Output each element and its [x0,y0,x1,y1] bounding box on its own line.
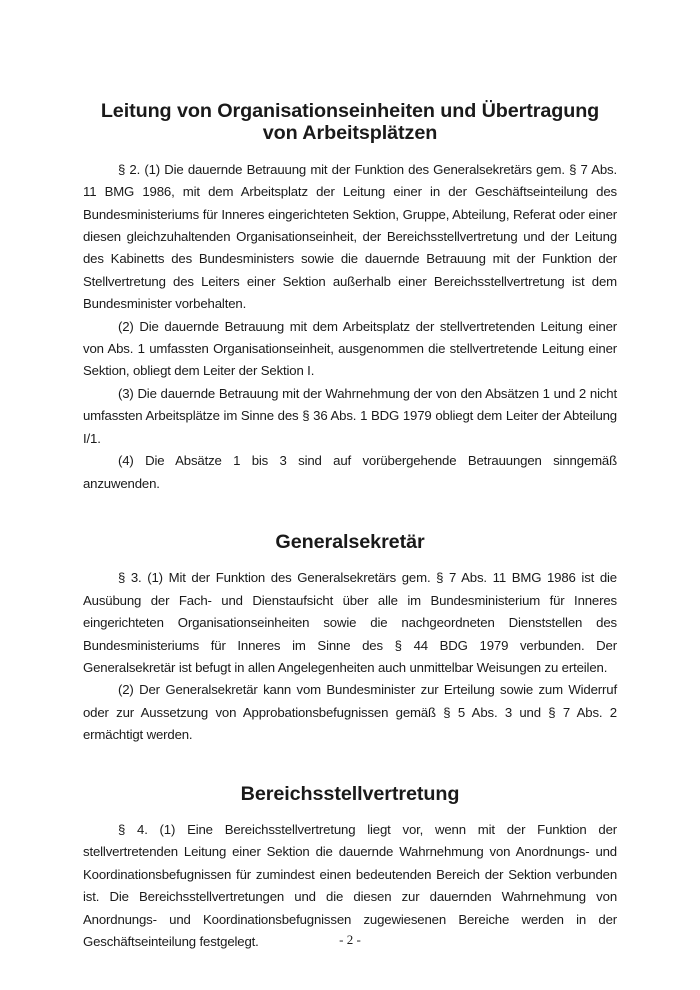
paragraph-s2-abs4: (4) Die Absätze 1 bis 3 sind auf vorüber… [83,450,617,495]
section-heading-leitung: Leitung von Organisationseinheiten und Ü… [83,100,617,145]
paragraph-s2-abs1: § 2. (1) Die dauernde Betrauung mit der … [83,159,617,316]
page-number: - 2 - [0,932,700,948]
section-heading-bereichsstellvertretung: Bereichsstellvertretung [83,783,617,805]
paragraph-s2-abs3: (3) Die dauernde Betrauung mit der Wahrn… [83,383,617,450]
paragraph-s2-abs2: (2) Die dauernde Betrauung mit dem Arbei… [83,316,617,383]
paragraph-s3-abs1: § 3. (1) Mit der Funktion des Generalsek… [83,567,617,679]
paragraph-s3-abs2: (2) Der Generalsekretär kann vom Bundesm… [83,679,617,746]
section-heading-generalsekretaer: Generalsekretär [83,531,617,553]
document-page: Leitung von Organisationseinheiten und Ü… [83,100,617,953]
